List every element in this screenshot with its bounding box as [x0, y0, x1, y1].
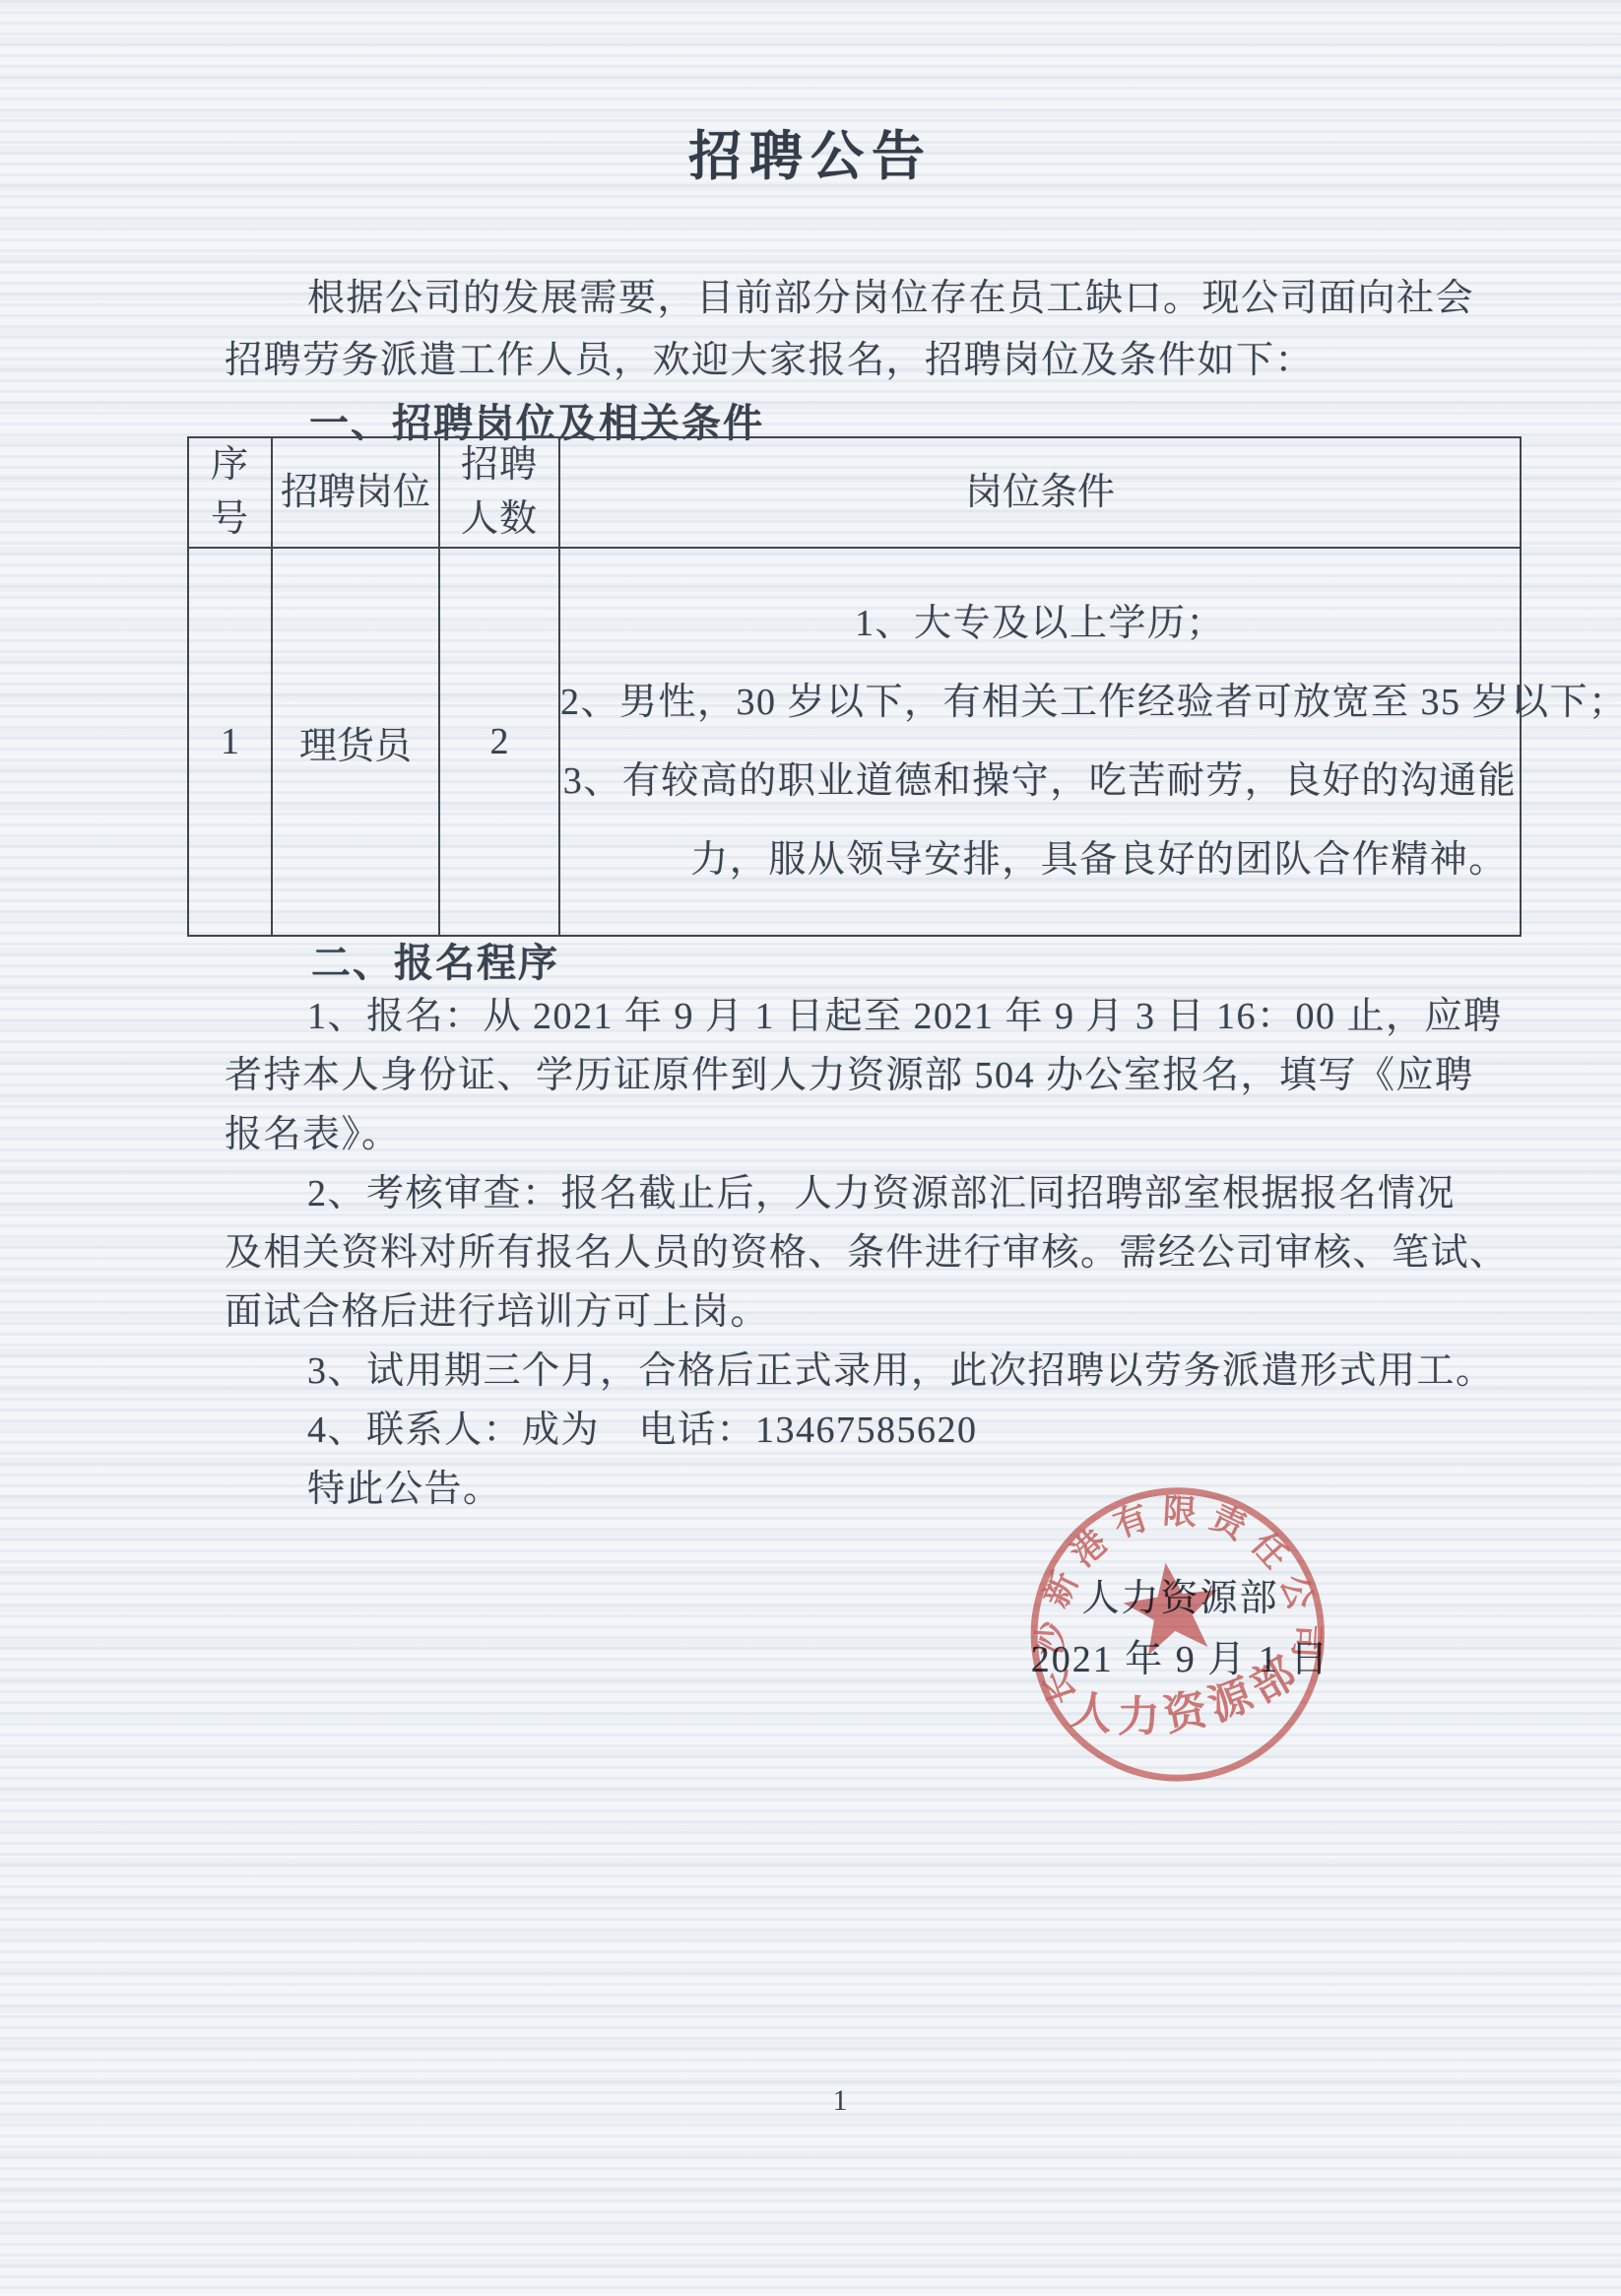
paragraph-line: 4、联系人：成为 电话：13467585620 [225, 1401, 1509, 1460]
document-title: 招聘公告 [0, 114, 1621, 190]
paragraph-line: 及相关资料对所有报名人员的资格、条件进行审核。需经公司审核、笔试、 [225, 1223, 1509, 1282]
cell-no: 1 [188, 548, 272, 936]
condition-line: 力，服从领导安排，具备良好的团队合作精神。 [560, 820, 1520, 899]
company-seal: 长沙新港有限责任公司 人力资源部 [1003, 1458, 1353, 1808]
intro-paragraph: 根据公司的发展需要，目前部分岗位存在员工缺口。现公司面向社会 招聘劳务派遣工作人… [225, 268, 1474, 392]
table-header-row: 序号 招聘岗位 招聘人数 岗位条件 [188, 437, 1521, 548]
cell-headcount: 2 [439, 548, 559, 936]
condition-line: 3、有较高的职业道德和操守，吃苦耐劳，良好的沟通能 [560, 742, 1520, 820]
section2-heading: 二、报名程序 [311, 932, 559, 988]
seal-star-icon [1119, 1556, 1225, 1658]
page-number: 1 [0, 2084, 1621, 2118]
scanned-document-page: 招聘公告 根据公司的发展需要，目前部分岗位存在员工缺口。现公司面向社会 招聘劳务… [0, 0, 1621, 2296]
paragraph-line: 者持本人身份证、学历证原件到人力资源部 504 办公室报名，填写《应聘 [225, 1046, 1509, 1105]
paragraph-line: 报名表》。 [225, 1105, 1509, 1164]
header-cell-position: 招聘岗位 [272, 437, 439, 548]
header-cell-no: 序号 [188, 437, 272, 548]
recruitment-table: 序号 招聘岗位 招聘人数 岗位条件 1 理货员 2 1、大专及以上学历； 2、男… [187, 436, 1522, 937]
paragraph-line: 3、试用期三个月，合格后正式录用，此次招聘以劳务派遣形式用工。 [225, 1342, 1509, 1401]
paragraph-line: 1、报名：从 2021 年 9 月 1 日起至 2021 年 9 月 3 日 1… [225, 987, 1509, 1046]
table-row: 1 理货员 2 1、大专及以上学历； 2、男性，30 岁以下，有相关工作经验者可… [188, 548, 1521, 936]
header-cell-conditions: 岗位条件 [559, 437, 1521, 548]
cell-conditions: 1、大专及以上学历； 2、男性，30 岁以下，有相关工作经验者可放宽至 35 岁… [559, 548, 1521, 936]
procedure-paragraphs: 1、报名：从 2021 年 9 月 1 日起至 2021 年 9 月 3 日 1… [225, 987, 1509, 1519]
condition-line: 2、男性，30 岁以下，有相关工作经验者可放宽至 35 岁以下； [560, 663, 1520, 742]
intro-line: 根据公司的发展需要，目前部分岗位存在员工缺口。现公司面向社会 [225, 268, 1474, 330]
cell-position: 理货员 [272, 548, 439, 936]
condition-line: 1、大专及以上学历； [560, 584, 1520, 663]
header-cell-headcount: 招聘人数 [439, 437, 559, 548]
paragraph-line: 2、考核审查：报名截止后，人力资源部汇同招聘部室根据报名情况 [225, 1164, 1509, 1223]
paragraph-line: 面试合格后进行培训方可上岗。 [225, 1282, 1509, 1342]
intro-line: 招聘劳务派遣工作人员，欢迎大家报名，招聘岗位及条件如下： [225, 330, 1474, 392]
